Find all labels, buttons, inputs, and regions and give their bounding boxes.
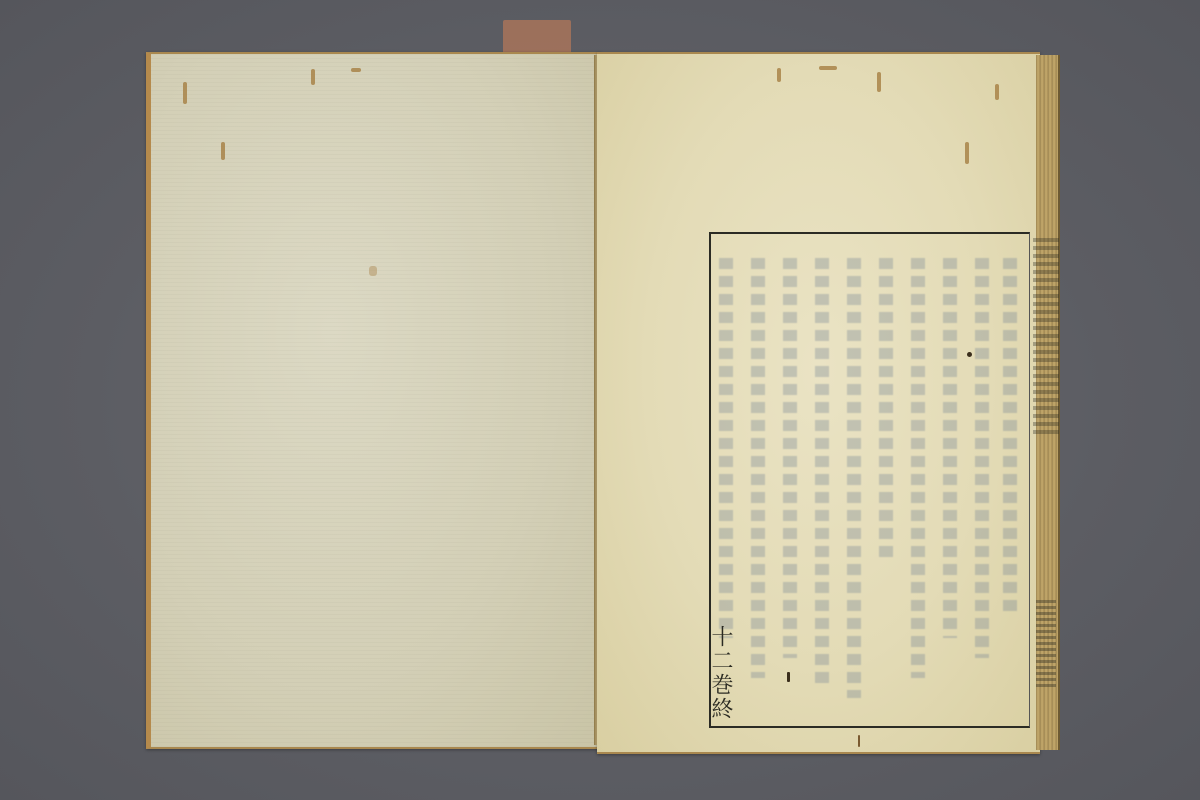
ink-spot <box>967 352 972 357</box>
bleed-through-column <box>975 258 989 658</box>
stamp-tab <box>503 20 571 56</box>
ink-mark <box>787 672 790 682</box>
colophon-text: 十二巻終 <box>712 625 736 721</box>
wormhole <box>965 142 969 164</box>
left-page <box>146 52 601 749</box>
wormhole <box>311 69 315 85</box>
bleed-through-column <box>815 258 829 688</box>
stain <box>369 266 377 276</box>
bleed-through-column <box>719 258 733 638</box>
bleed-through-column <box>847 258 861 698</box>
wormhole <box>877 72 881 92</box>
wormhole <box>351 68 361 72</box>
wormhole <box>221 142 225 160</box>
fore-edge-title <box>1033 238 1059 438</box>
wormhole <box>183 82 187 104</box>
ink-mark <box>858 735 860 747</box>
bleed-through-column <box>751 258 765 678</box>
wormhole <box>819 66 837 70</box>
bleed-through-column <box>1003 258 1017 618</box>
fore-edge-marks <box>1036 600 1056 690</box>
wormhole <box>995 84 999 100</box>
wormhole <box>777 68 781 82</box>
bleed-through-column <box>879 258 893 558</box>
bleed-through-column <box>911 258 925 678</box>
printed-text-frame <box>709 232 1030 728</box>
bleed-through-column <box>943 258 957 638</box>
bleed-through-column <box>783 258 797 658</box>
